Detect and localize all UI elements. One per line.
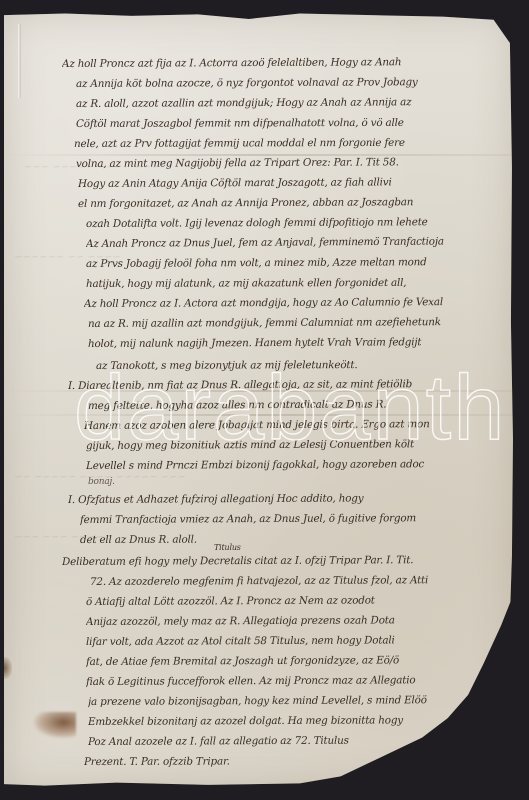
manuscript-line: Az Anah Proncz az Dnus Juel, fem az Anja… <box>86 232 516 254</box>
manuscript-line: Az holl Proncz az I. Actora azt mondgija… <box>84 293 516 314</box>
manuscript-line: meg feltette, hogyha azoz alles nm contr… <box>88 395 516 416</box>
manuscript-line: I. Ofzfatus et Adhazet fufziroj allegati… <box>68 489 516 510</box>
manuscript-line: holot, mij nalunk nagijh Jmezen. Hanem h… <box>88 333 516 354</box>
manuscript-line: az R. aloll, azzot azallin azt mondgijuk… <box>76 93 516 114</box>
manuscript-line: hatijuk, hogy mij alatunk, az mij akazat… <box>86 274 506 294</box>
manuscript-line: Prezent. T. Par. ofzzib Tripar. <box>84 752 384 772</box>
paper-fold <box>18 24 21 98</box>
manuscript-line: lifar volt, ada Azzot az Atol citalt 58 … <box>86 631 516 652</box>
manuscript-line: nele, azt az Prv fottagijat femmij ucal … <box>74 133 516 154</box>
manuscript-line: I. Diarealtenib, nm fiat az Dnus R. alle… <box>68 375 516 396</box>
manuscript-line: Embzekkel bizonitanj az azozel dolgat. H… <box>88 711 492 732</box>
manuscript-line: Levellel s mind Prnczi Embzi bizonij fag… <box>86 455 516 476</box>
manuscript-line: na az R. mij azallin azt mondgijuk, femm… <box>88 313 516 334</box>
manuscript-line: fiak ö Legitinus fuccefforok ellen. Az m… <box>86 671 516 692</box>
manuscript-line: Hogy az Anin Atagy Anija Cöftöl marat Jo… <box>78 173 514 194</box>
manuscript-line: fat, de Atiae fem Bremital az Joszagh ut… <box>86 651 516 672</box>
paper-sheet: ~~~ ~~~~ ~~~~~ ~~~ ~~~~ ~~ ~~~~~~ ~~~ ~~… <box>4 12 514 788</box>
manuscript-line: az Annija köt bolna azocze, ö nyz forgon… <box>76 73 516 94</box>
manuscript-line: Deliberatum efi hogy mely Decretalis cit… <box>62 551 516 572</box>
manuscript-line: Az holl Proncz azt fija az I. Actorra az… <box>62 53 518 74</box>
manuscript-line: el nm forgonitazet, az Anah az Annija Pr… <box>78 193 516 214</box>
manuscript-line: az Tanokott, s meg bizonytjuk az mij fel… <box>96 356 416 376</box>
manuscript-line: 72. Az azozderelo megfenim fi hatvajezol… <box>90 571 516 592</box>
manuscript-line: det ell az Dnus R. aloll. <box>80 530 280 550</box>
manuscript-line: Hanem azoz azoben alere Jobagijat mind j… <box>84 415 516 436</box>
manuscript-line: gijuk, hogy meg bizonitiuk aztis mind az… <box>86 435 516 456</box>
marginal-note: Titulus <box>214 543 241 552</box>
manuscript-line: ja prezene valo bizonijsagban, hogy kez … <box>88 691 506 712</box>
manuscript-line: Anijaz azozzöl, mely maz az R. Allegatio… <box>86 611 516 632</box>
manuscript-line: femmi Tranfactioja vmiez az Anah, az Dnu… <box>80 509 516 530</box>
manuscript-line: az Prvs Jobagij feloöl foha nm volt, a m… <box>86 253 516 274</box>
manuscript-line: ozah Dotalifta volt. Igij levenaz dologh… <box>86 213 516 234</box>
edge-stain <box>4 657 12 679</box>
manuscript-line: ö Atiafij altal Lött azozzöl. Az I. Pron… <box>86 591 516 612</box>
manuscript-line: Cöftöl marat Joszagbol femmit nm difpena… <box>76 113 516 134</box>
manuscript-line: volna, az mint meg Nagijobij fella az Tr… <box>76 153 516 174</box>
manuscript-line: Poz Anal azozele az I. fall az allegatio… <box>88 731 468 752</box>
ink-stain <box>34 712 76 738</box>
manuscript-line: bonaj. <box>88 473 148 492</box>
document-scan: ~~~ ~~~~ ~~~~~ ~~~ ~~~~ ~~ ~~~~~~ ~~~ ~~… <box>0 0 529 800</box>
